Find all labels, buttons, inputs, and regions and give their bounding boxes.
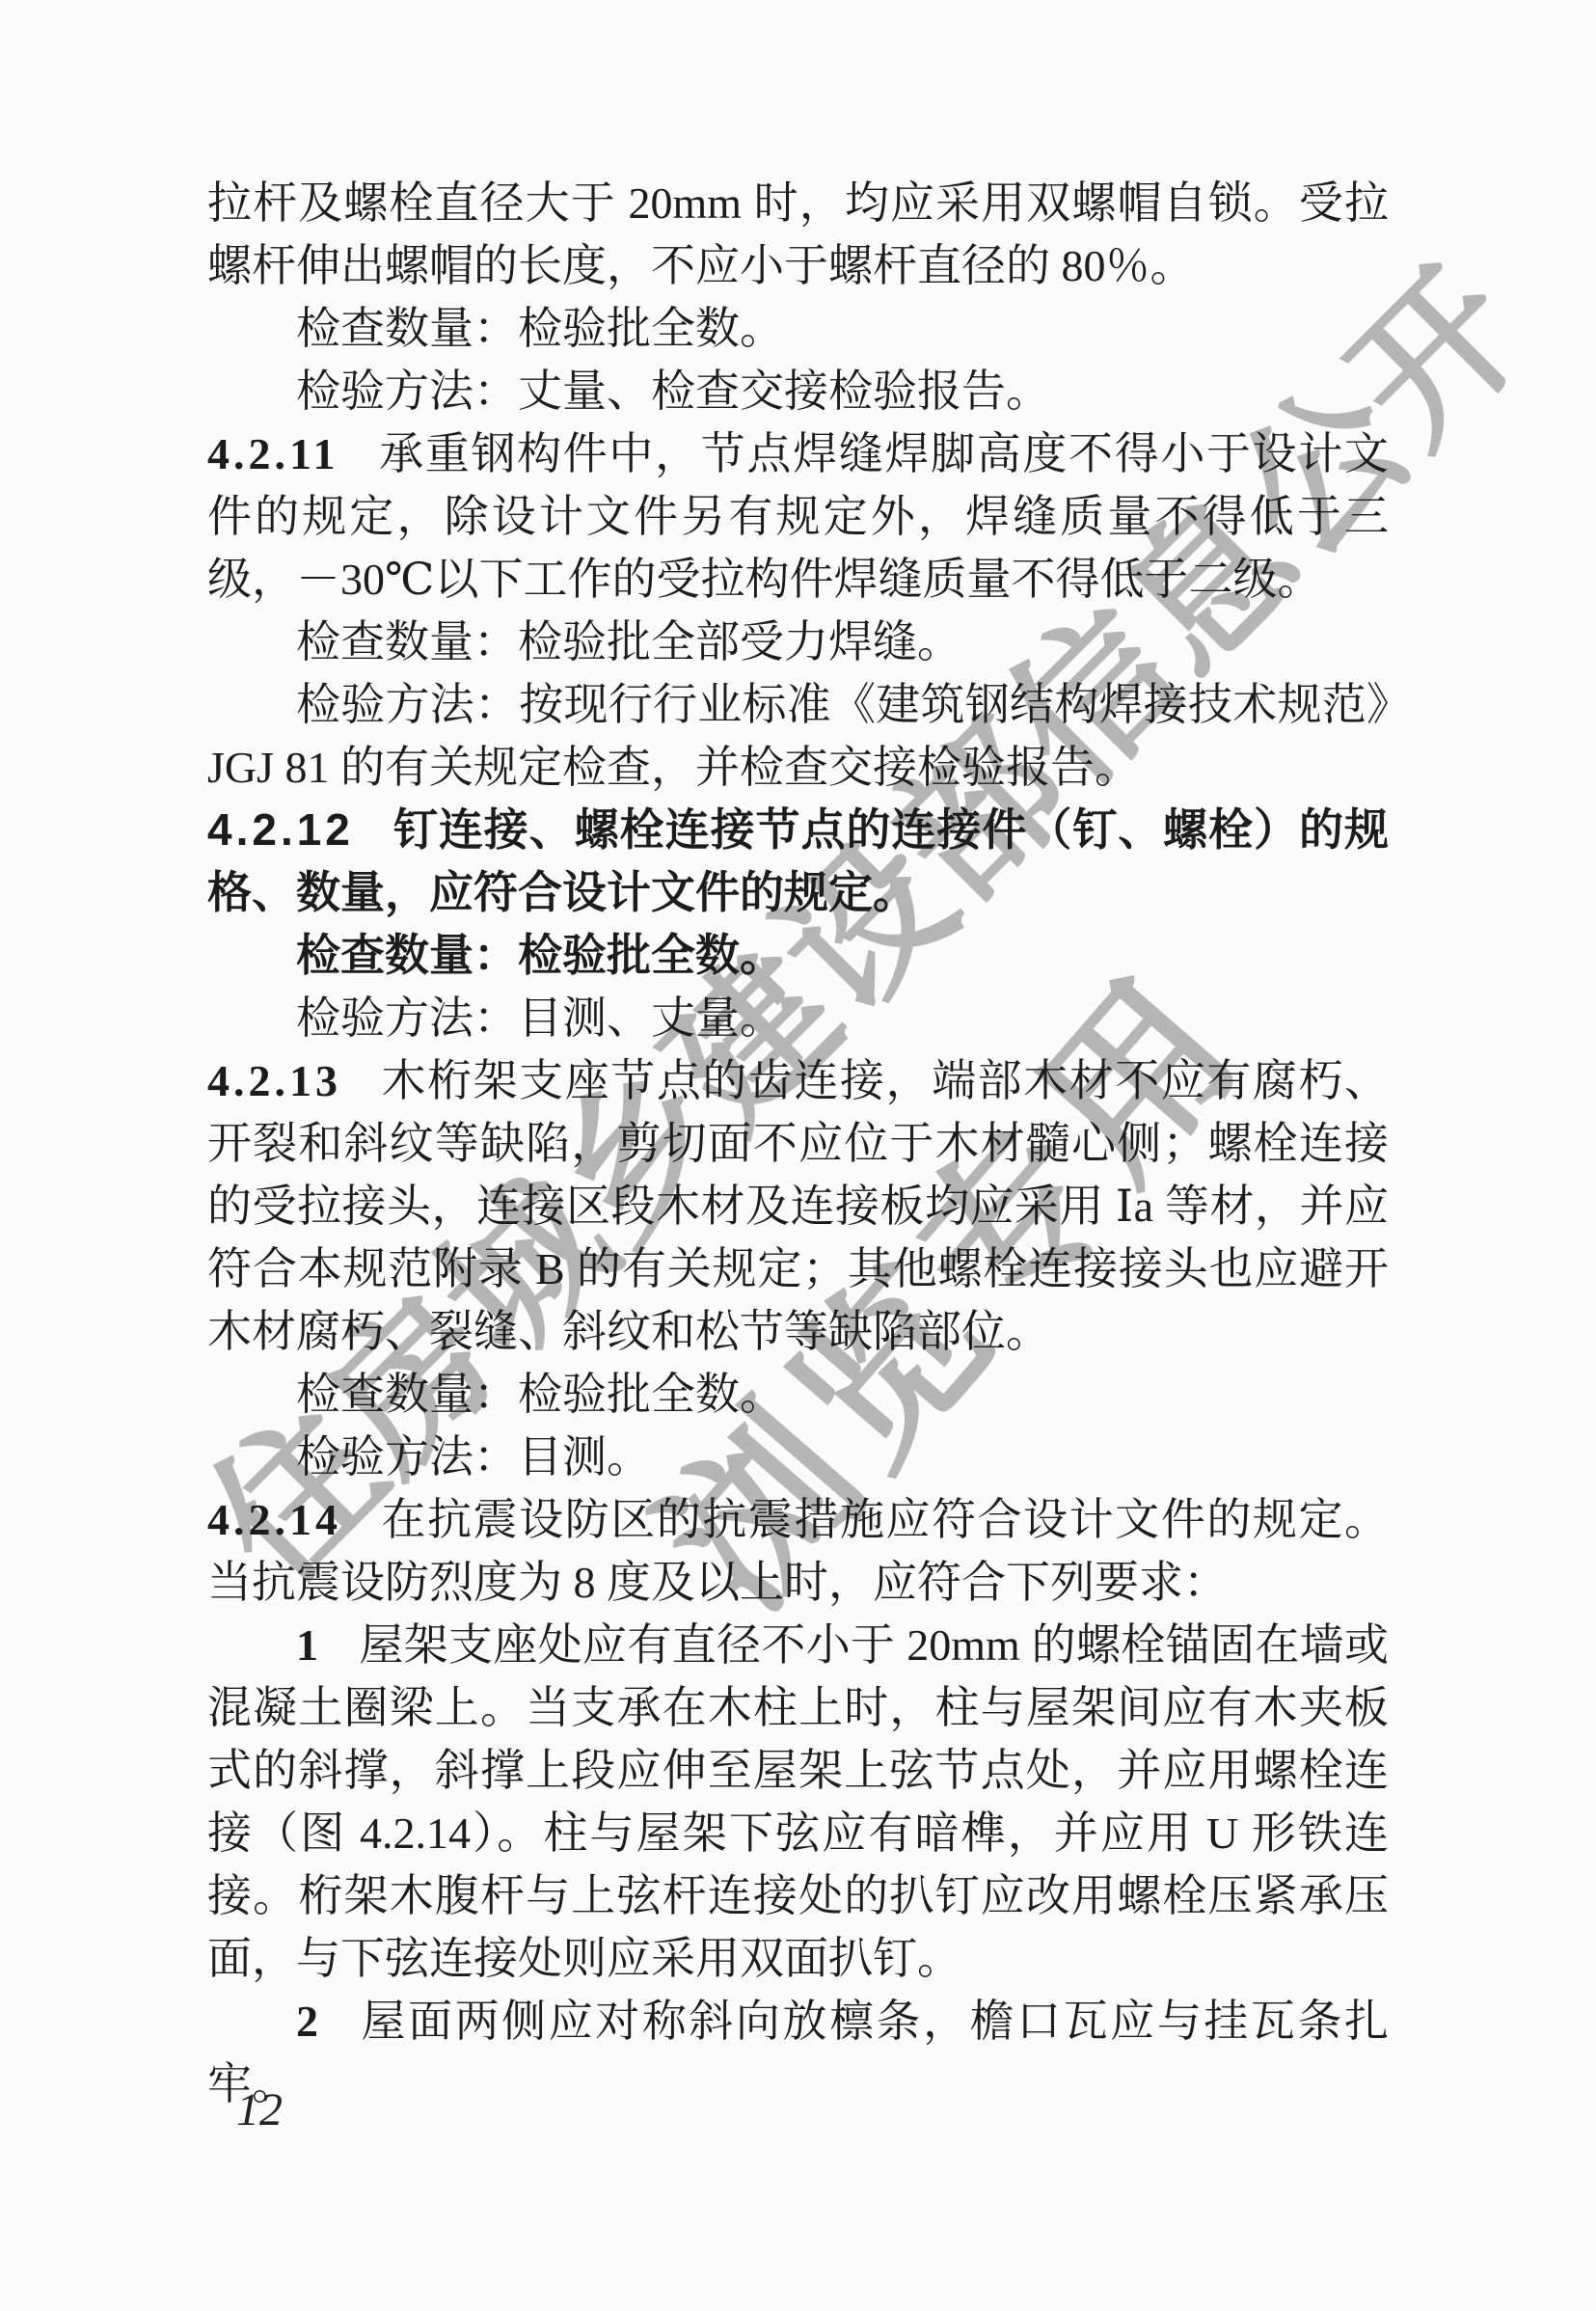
subitem-1-text: 屋架支座处应有直径不小于 20mm 的螺栓锚固在墙或混凝土圈梁上。当支承在木柱上…	[207, 1620, 1389, 1983]
text-block: 拉杆及螺栓直径大于 20mm 时，均应采用双螺帽自锁。受拉螺杆伸出螺帽的长度，不…	[207, 172, 1389, 2115]
subitem-1: 1屋架支座处应有直径不小于 20mm 的螺栓锚固在墙或混凝土圈梁上。当支承在木柱…	[207, 1614, 1389, 1990]
clause-number-4-2-14: 4.2.14	[207, 1495, 341, 1544]
check-method-line: 检验方法：目测、丈量。	[207, 987, 1389, 1049]
check-quantity-line: 检查数量：检验批全数。	[207, 297, 1389, 360]
check-quantity-line: 检查数量：检验批全数。	[207, 924, 1389, 987]
check-quantity-line: 检查数量：检验批全数。	[207, 1363, 1389, 1426]
check-method-line: 检验方法：按现行行业标准《建筑钢结构焊接技术规范》JGJ 81 的有关规定检查，…	[207, 673, 1389, 799]
clause-4-2-14: 4.2.14在抗震设防区的抗震措施应符合设计文件的规定。当抗震设防烈度为 8 度…	[207, 1488, 1389, 1614]
clause-number-4-2-13: 4.2.13	[207, 1056, 341, 1105]
clause-4-2-13: 4.2.13木桁架支座节点的齿连接，端部木材不应有腐朽、开裂和斜纹等缺陷，剪切面…	[207, 1049, 1389, 1363]
clause-4-2-13-text: 木桁架支座节点的齿连接，端部木材不应有腐朽、开裂和斜纹等缺陷，剪切面不应位于木材…	[207, 1056, 1389, 1356]
subitem-2-text: 屋面两侧应对称斜向放檩条，檐口瓦应与挂瓦条扎牢。	[207, 1997, 1389, 2108]
check-method-line: 检验方法：丈量、检查交接检验报告。	[207, 360, 1389, 422]
clause-number-4-2-11: 4.2.11	[207, 429, 338, 478]
clause-4-2-11-text: 承重钢构件中，节点焊缝焊脚高度不得小于设计文件的规定，除设计文件另有规定外，焊缝…	[207, 429, 1389, 604]
clause-number-4-2-12: 4.2.12	[207, 804, 354, 855]
subitem-2: 2屋面两侧应对称斜向放檩条，檐口瓦应与挂瓦条扎牢。	[207, 1990, 1389, 2115]
clause-4-2-12-text: 钉连接、螺栓连接节点的连接件（钉、螺栓）的规格、数量，应符合设计文件的规定。	[207, 804, 1389, 917]
clause-4-2-14-text: 在抗震设防区的抗震措施应符合设计文件的规定。当抗震设防烈度为 8 度及以上时，应…	[207, 1495, 1389, 1607]
document-page: 住房城乡建设部信息公开 浏览专用 拉杆及螺栓直径大于 20mm 时，均应采用双螺…	[0, 0, 1596, 2311]
subitem-1-number: 1	[296, 1620, 318, 1670]
check-method-line: 检验方法：目测。	[207, 1426, 1389, 1488]
clause-4-2-11: 4.2.11承重钢构件中，节点焊缝焊脚高度不得小于设计文件的规定，除设计文件另有…	[207, 422, 1389, 611]
check-quantity-line: 检查数量：检验批全部受力焊缝。	[207, 611, 1389, 673]
paragraph-continuation: 拉杆及螺栓直径大于 20mm 时，均应采用双螺帽自锁。受拉螺杆伸出螺帽的长度，不…	[207, 172, 1389, 297]
clause-4-2-12: 4.2.12钉连接、螺栓连接节点的连接件（钉、螺栓）的规格、数量，应符合设计文件…	[207, 799, 1389, 924]
page-number: 12	[236, 2083, 283, 2136]
subitem-2-number: 2	[296, 1997, 318, 2046]
